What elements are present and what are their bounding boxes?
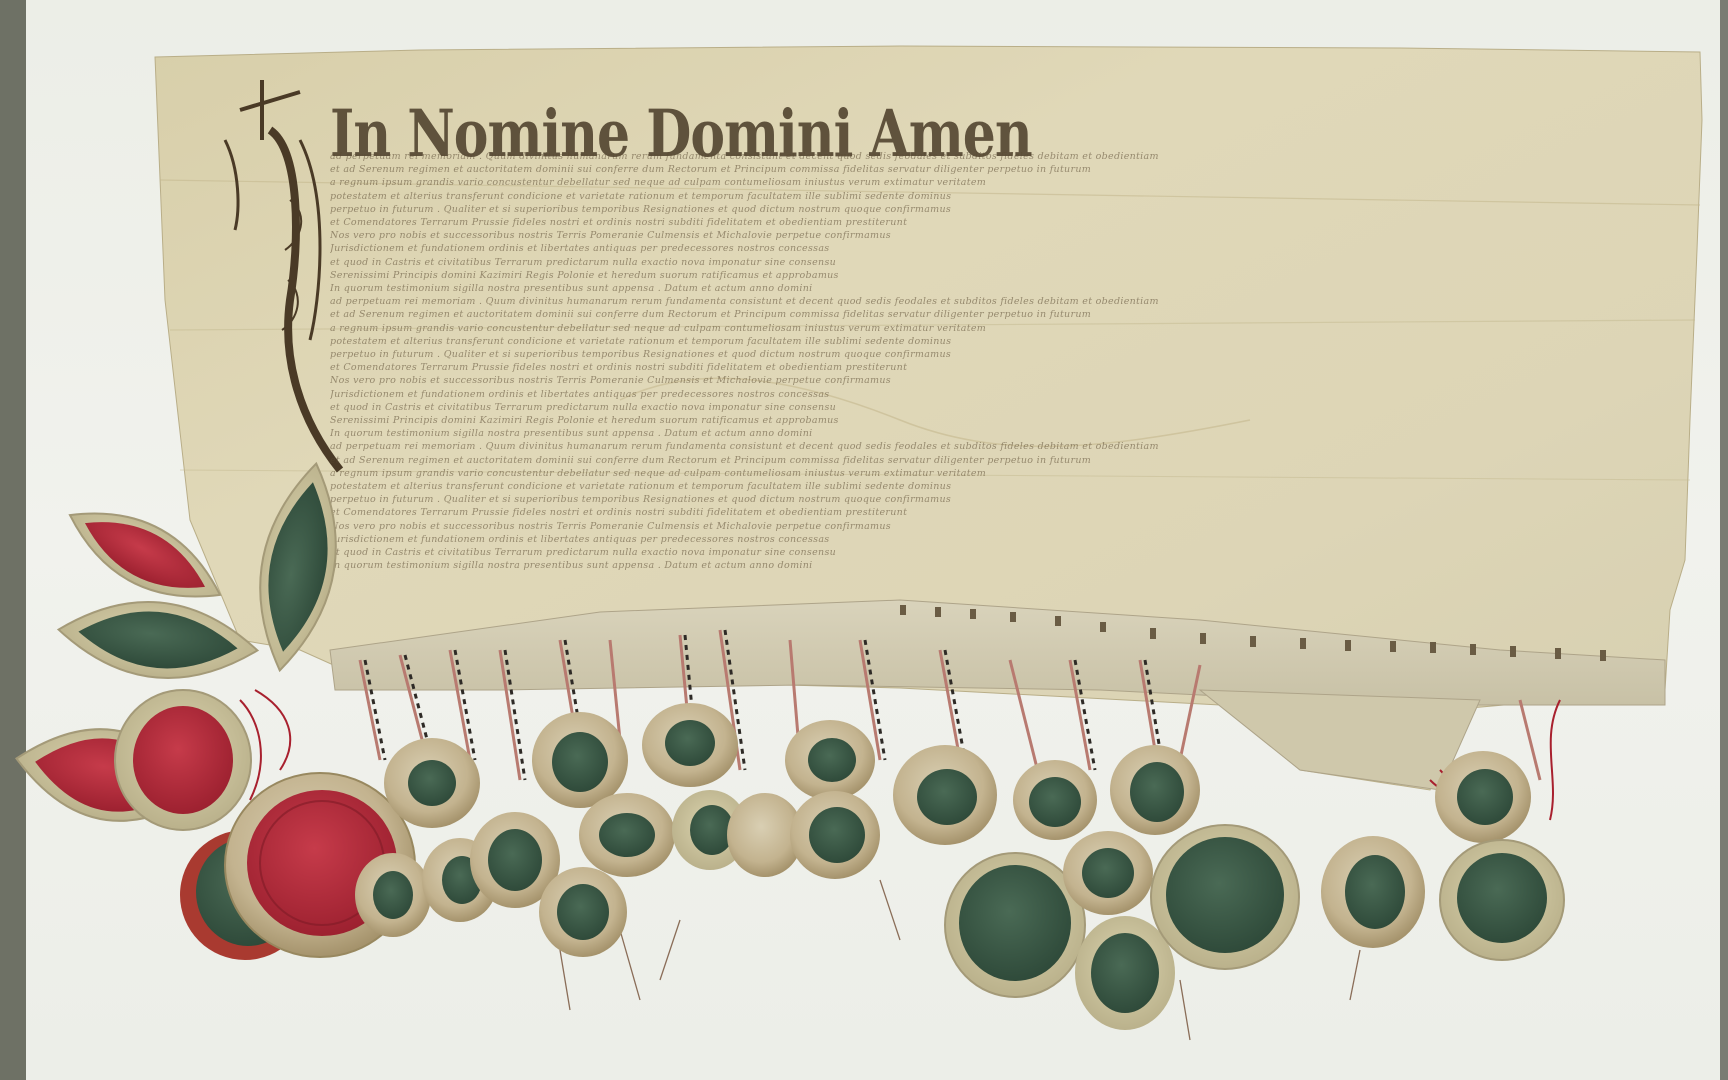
seal-skippet: [893, 745, 997, 845]
seal-skippet: [539, 867, 627, 957]
seal-round-natural-large: [1151, 825, 1299, 969]
seal-vesica-green-upright: [244, 457, 351, 676]
seal-skippet: [785, 720, 875, 800]
seal-skippet: [1321, 836, 1425, 948]
seals-and-cords: [0, 0, 1728, 1080]
seal-skippet: [384, 738, 480, 828]
seal-skippet: [790, 791, 880, 879]
seal-round-red-small: [115, 690, 251, 830]
seal-skippet: [355, 853, 431, 937]
seal-skippet: [1110, 745, 1200, 835]
seal-round-natural: [1440, 840, 1564, 960]
seal-skippet: [642, 703, 738, 787]
seal-skippet: [1013, 760, 1097, 840]
seal-vesica-green-left: [55, 592, 262, 687]
seal-skippet: [1063, 831, 1153, 915]
seal-skippet: [1435, 751, 1531, 843]
seal-skippet: [579, 793, 675, 877]
seal-cords: [240, 630, 1560, 1040]
seal-skippet: [532, 712, 628, 808]
